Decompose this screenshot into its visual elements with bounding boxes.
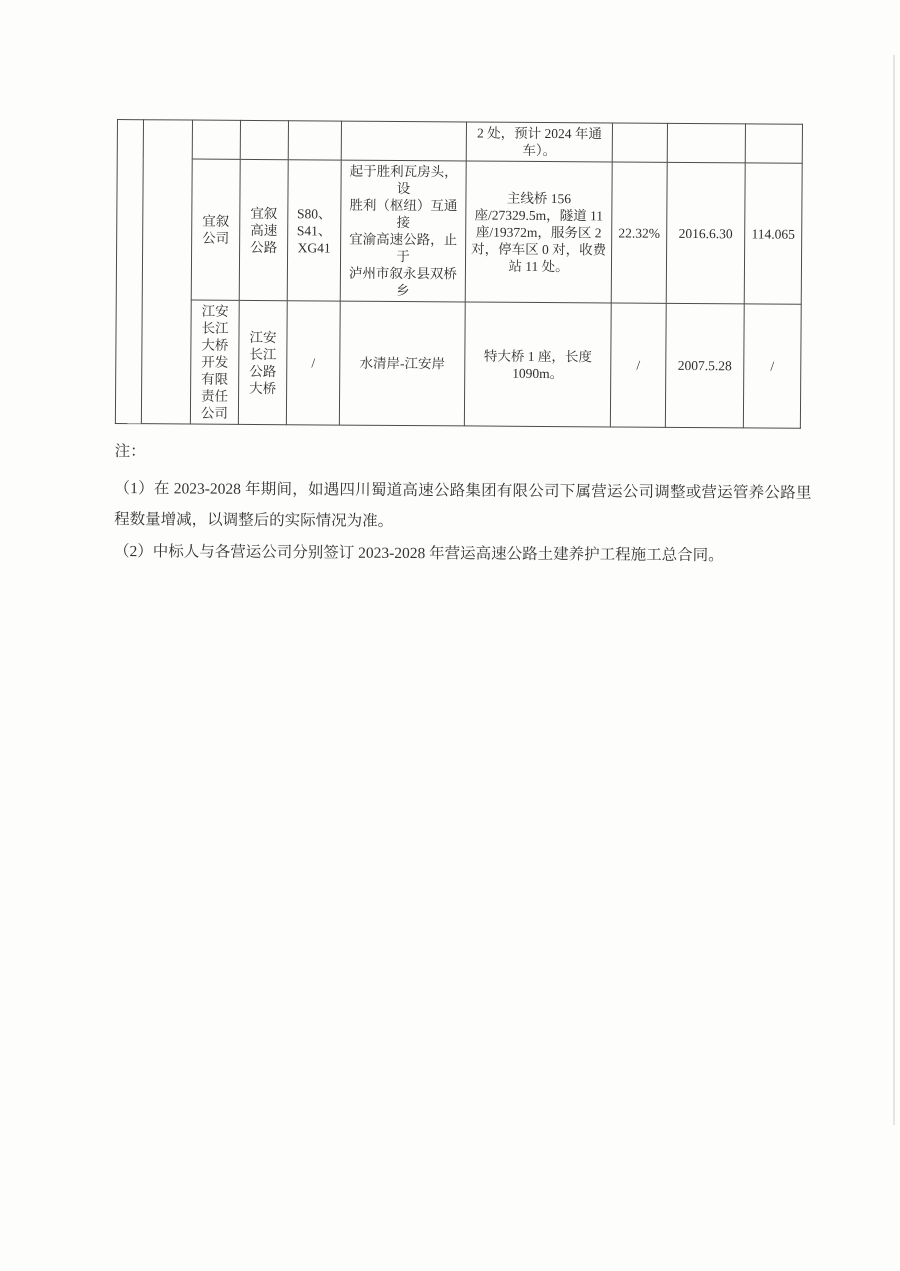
cell-section: 水清岸-江安岸 [339,301,465,426]
cell-section [341,121,466,161]
note-item-1: （1）在 2023-2028 年期间，如遇四川蜀道高速公路集团有限公司下属营运公… [114,473,811,540]
cell-seq-merged [115,120,143,424]
scan-artifact [893,55,895,1125]
cell-mileage: / [743,304,801,428]
cell-details: 2 处，预计 2024 年通车）。 [466,122,612,162]
scanned-document-page: 2 处，预计 2024 年通车）。 宜叙 公司 宜叙 高速 公路 S80、 S4… [0,0,900,1271]
cell-company: 江安 长江 大桥 开发 有限 责任 公司 [190,300,239,424]
cell-open-date: 2016.6.30 [666,162,745,304]
page-content: 2 处，预计 2024 年通车）。 宜叙 公司 宜叙 高速 公路 S80、 S4… [114,119,814,572]
notes-section: 注： （1）在 2023-2028 年期间，如遇四川蜀道高速公路集团有限公司下属… [114,436,812,572]
cell-codes: / [286,301,340,425]
cell-group-merged [141,120,192,424]
cell-ratio: 22.32% [611,162,667,303]
cell-open-date [667,123,745,163]
cell-road: 宜叙 高速 公路 [239,159,288,300]
cell-codes: S80、 S41、 XG41 [287,160,341,301]
cell-road: 江安 长江 公路 大桥 [238,300,287,424]
cell-company [192,120,240,159]
cell-ratio: / [610,303,666,427]
cell-road [240,120,288,159]
cell-open-date: 2007.5.28 [665,303,744,428]
cell-details: 特大桥 1 座，长度 1090m。 [464,302,611,427]
table-row-yixu: 宜叙 公司 宜叙 高速 公路 S80、 S41、 XG41 起于胜利瓦房头，设 … [116,159,802,305]
cell-section: 起于胜利瓦房头，设 胜利（枢纽）互通接 宜渝高速公路，止于 泸州市叙永县双桥 乡 [340,160,466,302]
cell-ratio [612,123,667,162]
table-row-jiangan: 江安 长江 大桥 开发 有限 责任 公司 江安 长江 公路 大桥 / 水清岸-江… [115,299,801,428]
cell-codes [288,121,341,160]
operating-companies-table: 2 处，预计 2024 年通车）。 宜叙 公司 宜叙 高速 公路 S80、 S4… [115,119,803,429]
note-item-2: （2）中标人与各营运公司分别签订 2023-2028 年营运高速公路土建养护工程… [114,536,811,572]
cell-mileage: 114.065 [744,163,802,304]
cell-company: 宜叙 公司 [191,159,240,300]
table-row-continuation: 2 处，预计 2024 年通车）。 [117,120,802,164]
notes-label: 注： [115,436,812,472]
cell-details: 主线桥 156 座/27329.5m，隧道 11 座/19372m，服务区 2 … [465,161,612,303]
cell-mileage [745,124,802,163]
